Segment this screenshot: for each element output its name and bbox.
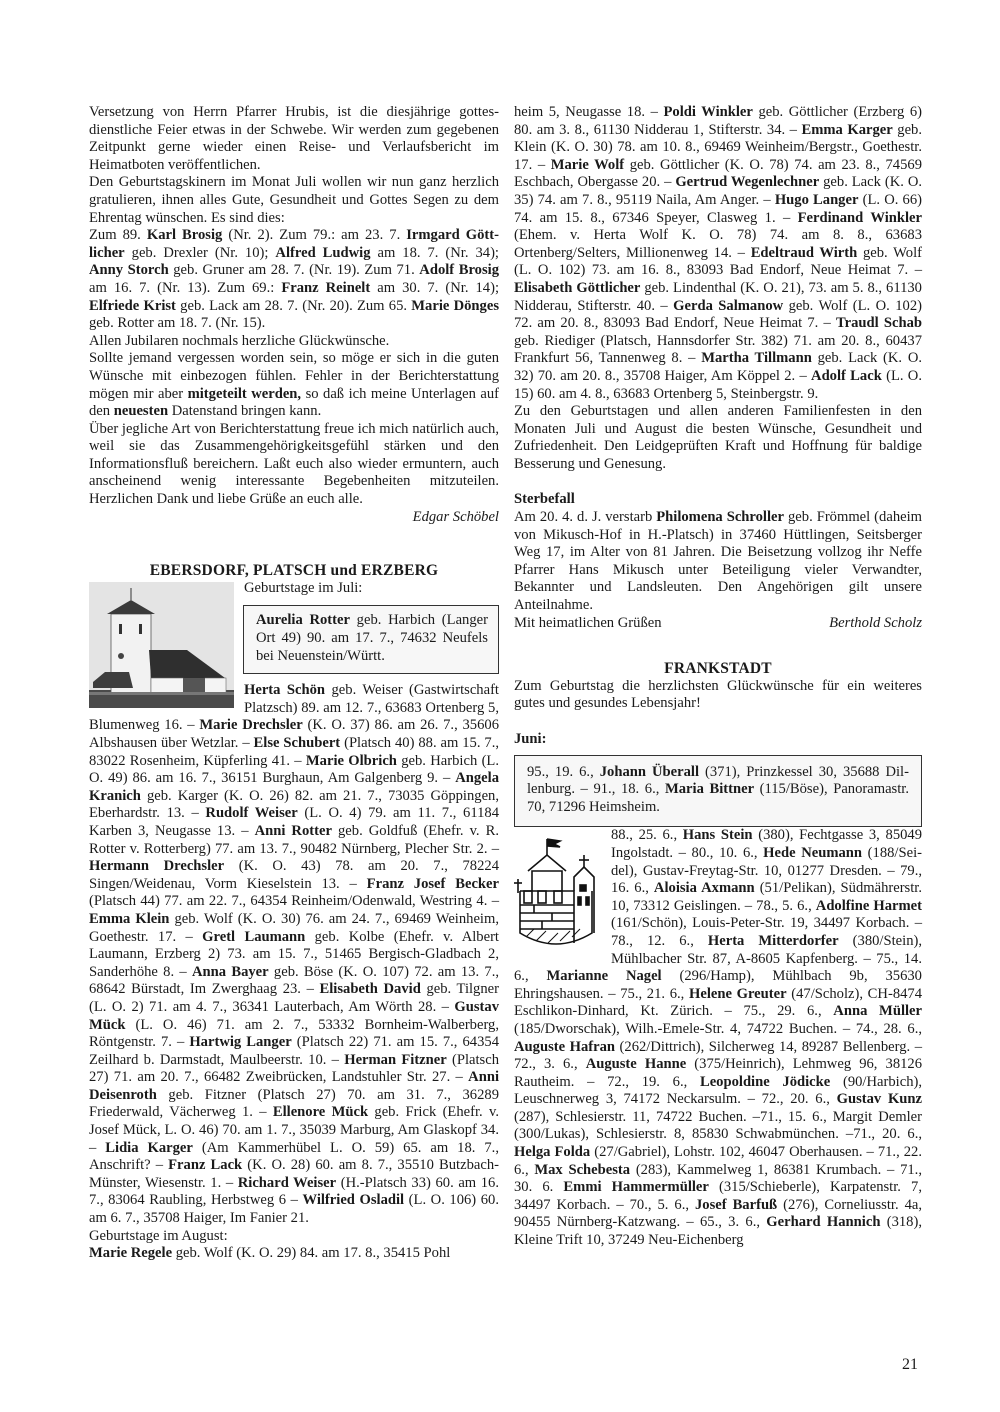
person-name: Elfriede Krist [89,298,176,314]
person-name: Poldi Winkler [663,104,752,120]
person-name: Hede Neumann [763,845,862,861]
person-name: Martha Tillmann [701,350,812,366]
person-name: Gerda Salma­now [673,298,783,314]
person-name: Wilfried Osladil [302,1192,404,1208]
wishes-paragraph: Zu den Geburtstagen und allen anderen Fa… [514,403,922,473]
greeting: Mit heimatlichen Grüßen [514,615,662,633]
person-name: Else Schubert [254,735,341,751]
person-name: Marie Drechsler [199,717,302,733]
church-photo [89,582,234,708]
person-name: Emma Karger [802,122,893,138]
person-name: Maria Bittner [665,781,754,797]
person-name: Ferdinand Winkler [798,210,922,226]
person-name: Franz Lack [168,1157,242,1173]
person-name: Anni Deisenroth [89,1069,499,1103]
person-name: Anna Müller [833,1003,922,1019]
highlight-box-aurelia: Aurelia Rotter geb. Harbich (Lan­ger Ort… [243,605,499,674]
august-list-continued: heim 5, Neugasse 18. – Poldi Winkler geb… [514,104,922,403]
june-heading: Juni: [514,731,922,749]
person-name: Herta Schön [244,682,325,698]
death-notice-heading: Sterbefall [514,491,922,509]
person-name: Auguste Hafran [514,1039,615,1055]
person-name: Marie Dönges [411,298,499,314]
frankstadt-section: FRANKSTADT Zum Geburtstag die herzlichst… [514,660,922,1249]
person-name: Emma Klein [89,911,169,927]
person-name: Anni Rotter [255,823,332,839]
person-name: Elisabeth Göttlicher [514,280,640,296]
person-name: Franz Josef Becker [367,876,499,892]
signature-edgar: Edgar Schöbel [89,509,499,527]
parish-birthday-list: Zum 89. Karl Brosig (Nr. 2). Zum 79.: am… [89,227,499,333]
ebersdorf-section: EBERSDORF, PLATSCH und ERZBERG Geburtsta… [89,562,499,1263]
august-heading: Geburtstage im August: [89,1228,499,1246]
person-name: Helene Greuter [689,986,787,1002]
death-notice-signature-row: Mit heimatlichen Grüßen Berthold Scholz [514,615,922,633]
person-name: Gertrud Wegenlech­ner [675,174,819,190]
person-name: Herman Fitz­ner [344,1052,447,1068]
death-notice-text: Am 20. 4. d. J. verstarb Philomena Schro… [514,509,922,615]
castle-emblem [514,833,599,953]
person-name: Ru­dolf Weiser [205,805,297,821]
person-name: Herta Mitterdorfer [708,933,839,949]
person-name: Anna Bayer [192,964,269,980]
person-name: Gustav Kunz [837,1091,922,1107]
person-name: Marie Regele [89,1245,172,1261]
person-name: Max Schebesta [534,1162,630,1178]
forgotten-paragraph: Sollte jemand vergessen worden sein, so … [89,350,499,420]
person-name: Adolf Lack [811,368,882,384]
birthday-intro: Den Geburtstagskinern im Monat Juli woll… [89,174,499,227]
person-name: Hugo Langer [775,192,859,208]
person-name: Philomena Schroller [656,509,784,525]
closing-paragraph: Über jegliche Art von Berichterstattung … [89,421,499,509]
person-name: Aurelia Rotter [256,612,350,628]
person-name: Hans Stein [683,827,753,843]
right-column: heim 5, Neugasse 18. – Poldi Winkler geb… [514,104,922,1250]
person-name: Angela Kranich [89,770,499,804]
person-name: Gustav Mück [89,999,499,1033]
person-name: neuesten [114,403,168,419]
person-name: Karl Brosig [147,227,222,243]
person-name: Hartwig Langer [189,1034,291,1050]
frankstadt-intro: Zum Geburtstag die herzlichsten Glückwün… [514,678,922,713]
person-name: Marianne Nagel [546,968,661,984]
intro-paragraph: Versetzung von Herrn Pfarrer Hrubis, ist… [89,104,499,174]
person-name: Adol­fine Harmet [816,898,922,914]
signature-berthold: Berthold Scholz [829,615,922,633]
church-image-icon [89,582,234,708]
person-name: Traudl Schab [836,315,922,331]
left-column: Versetzung von Herrn Pfarrer Hrubis, ist… [89,104,499,1263]
person-name: mitgeteilt werden, [188,386,302,402]
person-name: Hermann Drechsler [89,858,224,874]
person-name: Elisabeth David [320,981,421,997]
person-name: Johann Überall [600,764,699,780]
person-name: Adolf Brosig [419,262,499,278]
person-name: Anny Storch [89,262,169,278]
person-name: Gretl Laumann [202,929,305,945]
person-name: Alfred Ludwig [275,245,370,261]
person-name: Richard Weiser [238,1175,336,1191]
person-name: Emmi Hammermüller [563,1179,708,1195]
person-name: Lidia Karger [105,1140,193,1156]
section-title-frankstadt: FRANKSTADT [514,660,922,678]
page-number: 21 [902,1356,918,1374]
august-list-start: Marie Regele geb. Wolf (K. O. 29) 84. am… [89,1245,499,1263]
person-name: Leopoldine Jödicke [700,1074,830,1090]
person-name: Ellenore Mück [273,1104,368,1120]
death-notice: Sterbefall Am 20. 4. d. J. verstarb Phil… [514,491,922,632]
castle-icon [514,833,599,953]
section-title-ebersdorf: EBERSDORF, PLATSCH und ERZBERG [89,562,499,580]
person-name: Franz Reinelt [281,280,370,296]
person-name: Josef Barfuß [695,1197,777,1213]
person-name: Gerhard Hannich [766,1214,880,1230]
highlight-box-juni: 95., 19. 6., Johann Überall (371), Prinz… [514,755,922,828]
congrats-line: Allen Jubilaren nochmals herzliche Glück… [89,333,499,351]
person-name: Edeltraud Wirth [751,245,858,261]
person-name: Aloisia Axmann [654,880,755,896]
person-name: Helga Folda [514,1144,590,1160]
july-birthday-list: Herta Schön geb. Weiser (Gastwirt­schaft… [89,682,499,1227]
person-name: Marie Olbrich [306,753,397,769]
person-name: Auguste Hanne [586,1056,687,1072]
person-name: Marie Wolf [551,157,624,173]
